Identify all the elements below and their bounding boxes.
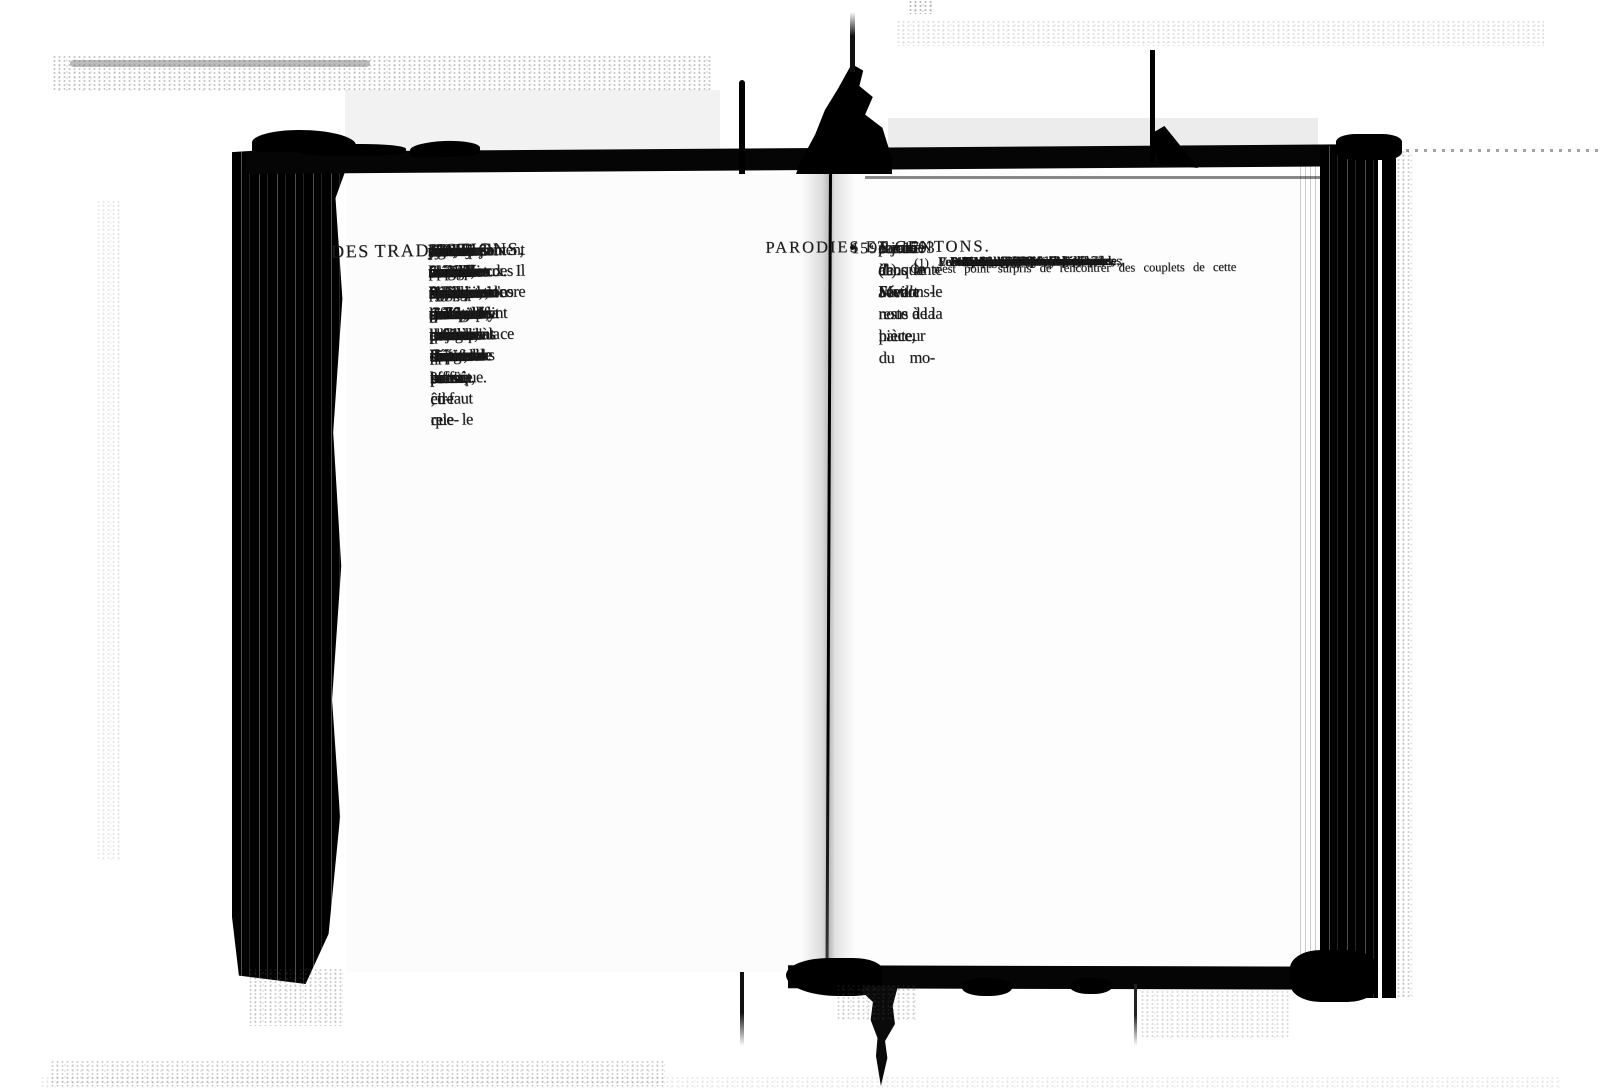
book-right-edge-ink-inner xyxy=(1320,146,1378,998)
book-right-edge-speckle xyxy=(1396,150,1413,998)
book-bottom-right-blob xyxy=(1290,950,1378,1002)
scan-smudge-top-far xyxy=(896,20,1544,46)
ink-speck-top xyxy=(908,0,934,14)
right-page-text: PARODIES ET CENTONS. 159 parate choquant… xyxy=(878,235,1220,277)
book-right-corner-ink xyxy=(1336,134,1402,160)
text-segment: placées sous la musique n'offrent pas un… xyxy=(428,239,483,366)
right-page-top-edge xyxy=(865,176,1330,179)
footnote-closing-line: On n'est point surpris de rencontrer des… xyxy=(910,259,1236,277)
ink-line-bottom-right xyxy=(1134,984,1137,1046)
right-page-stack-lines xyxy=(1300,162,1320,990)
scanned-book-spread: 158 DES TRADUCTIONS, y sont harmonieux. … xyxy=(0,0,1600,1088)
book-right-edge-ink-outer xyxy=(1382,146,1396,998)
ink-line-bottom-left xyxy=(740,972,744,1046)
right-page-number: 159 xyxy=(851,240,878,258)
scan-specks-left-margin xyxy=(96,200,122,860)
book-top-edge-bump2 xyxy=(296,144,406,156)
scan-smudge-bottom-edge xyxy=(40,1076,1560,1088)
ink-blob-center-top xyxy=(796,64,892,174)
scan-smudge-streak xyxy=(70,60,370,67)
ink-drip-speckle xyxy=(836,984,916,1020)
ink-blob-under-bar-2 xyxy=(1070,978,1112,994)
book-left-edge-speckle xyxy=(248,968,343,1026)
left-page-surface xyxy=(346,174,826,972)
ink-line-top-left-of-center xyxy=(739,80,745,174)
ink-blob-under-bar-1 xyxy=(962,978,1012,996)
ink-spike-center-top xyxy=(850,12,855,72)
book-left-edge-ink xyxy=(232,148,347,984)
scan-speckle-bottom-right xyxy=(1140,990,1290,1038)
